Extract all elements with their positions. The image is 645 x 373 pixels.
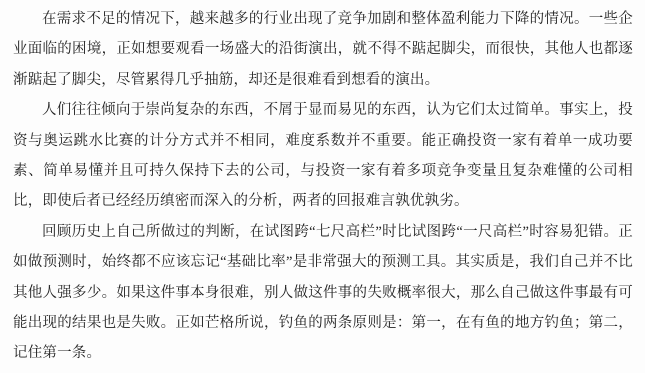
- paragraph-1: 在需求不足的情况下，越来越多的行业出现了竞争加剧和整体盈利能力下降的情况。一些企…: [13, 4, 633, 95]
- document-page: 在需求不足的情况下，越来越多的行业出现了竞争加剧和整体盈利能力下降的情况。一些企…: [0, 0, 645, 373]
- paragraph-2: 人们往往倾向于崇尚复杂的东西，不屑于显而易见的东西，认为它们太过简单。事实上，投…: [13, 95, 633, 217]
- paragraph-3: 回顾历史上自己所做过的判断，在试图跨“七尺高栏”时比试图跨“一尺高栏”时容易犯错…: [13, 217, 633, 369]
